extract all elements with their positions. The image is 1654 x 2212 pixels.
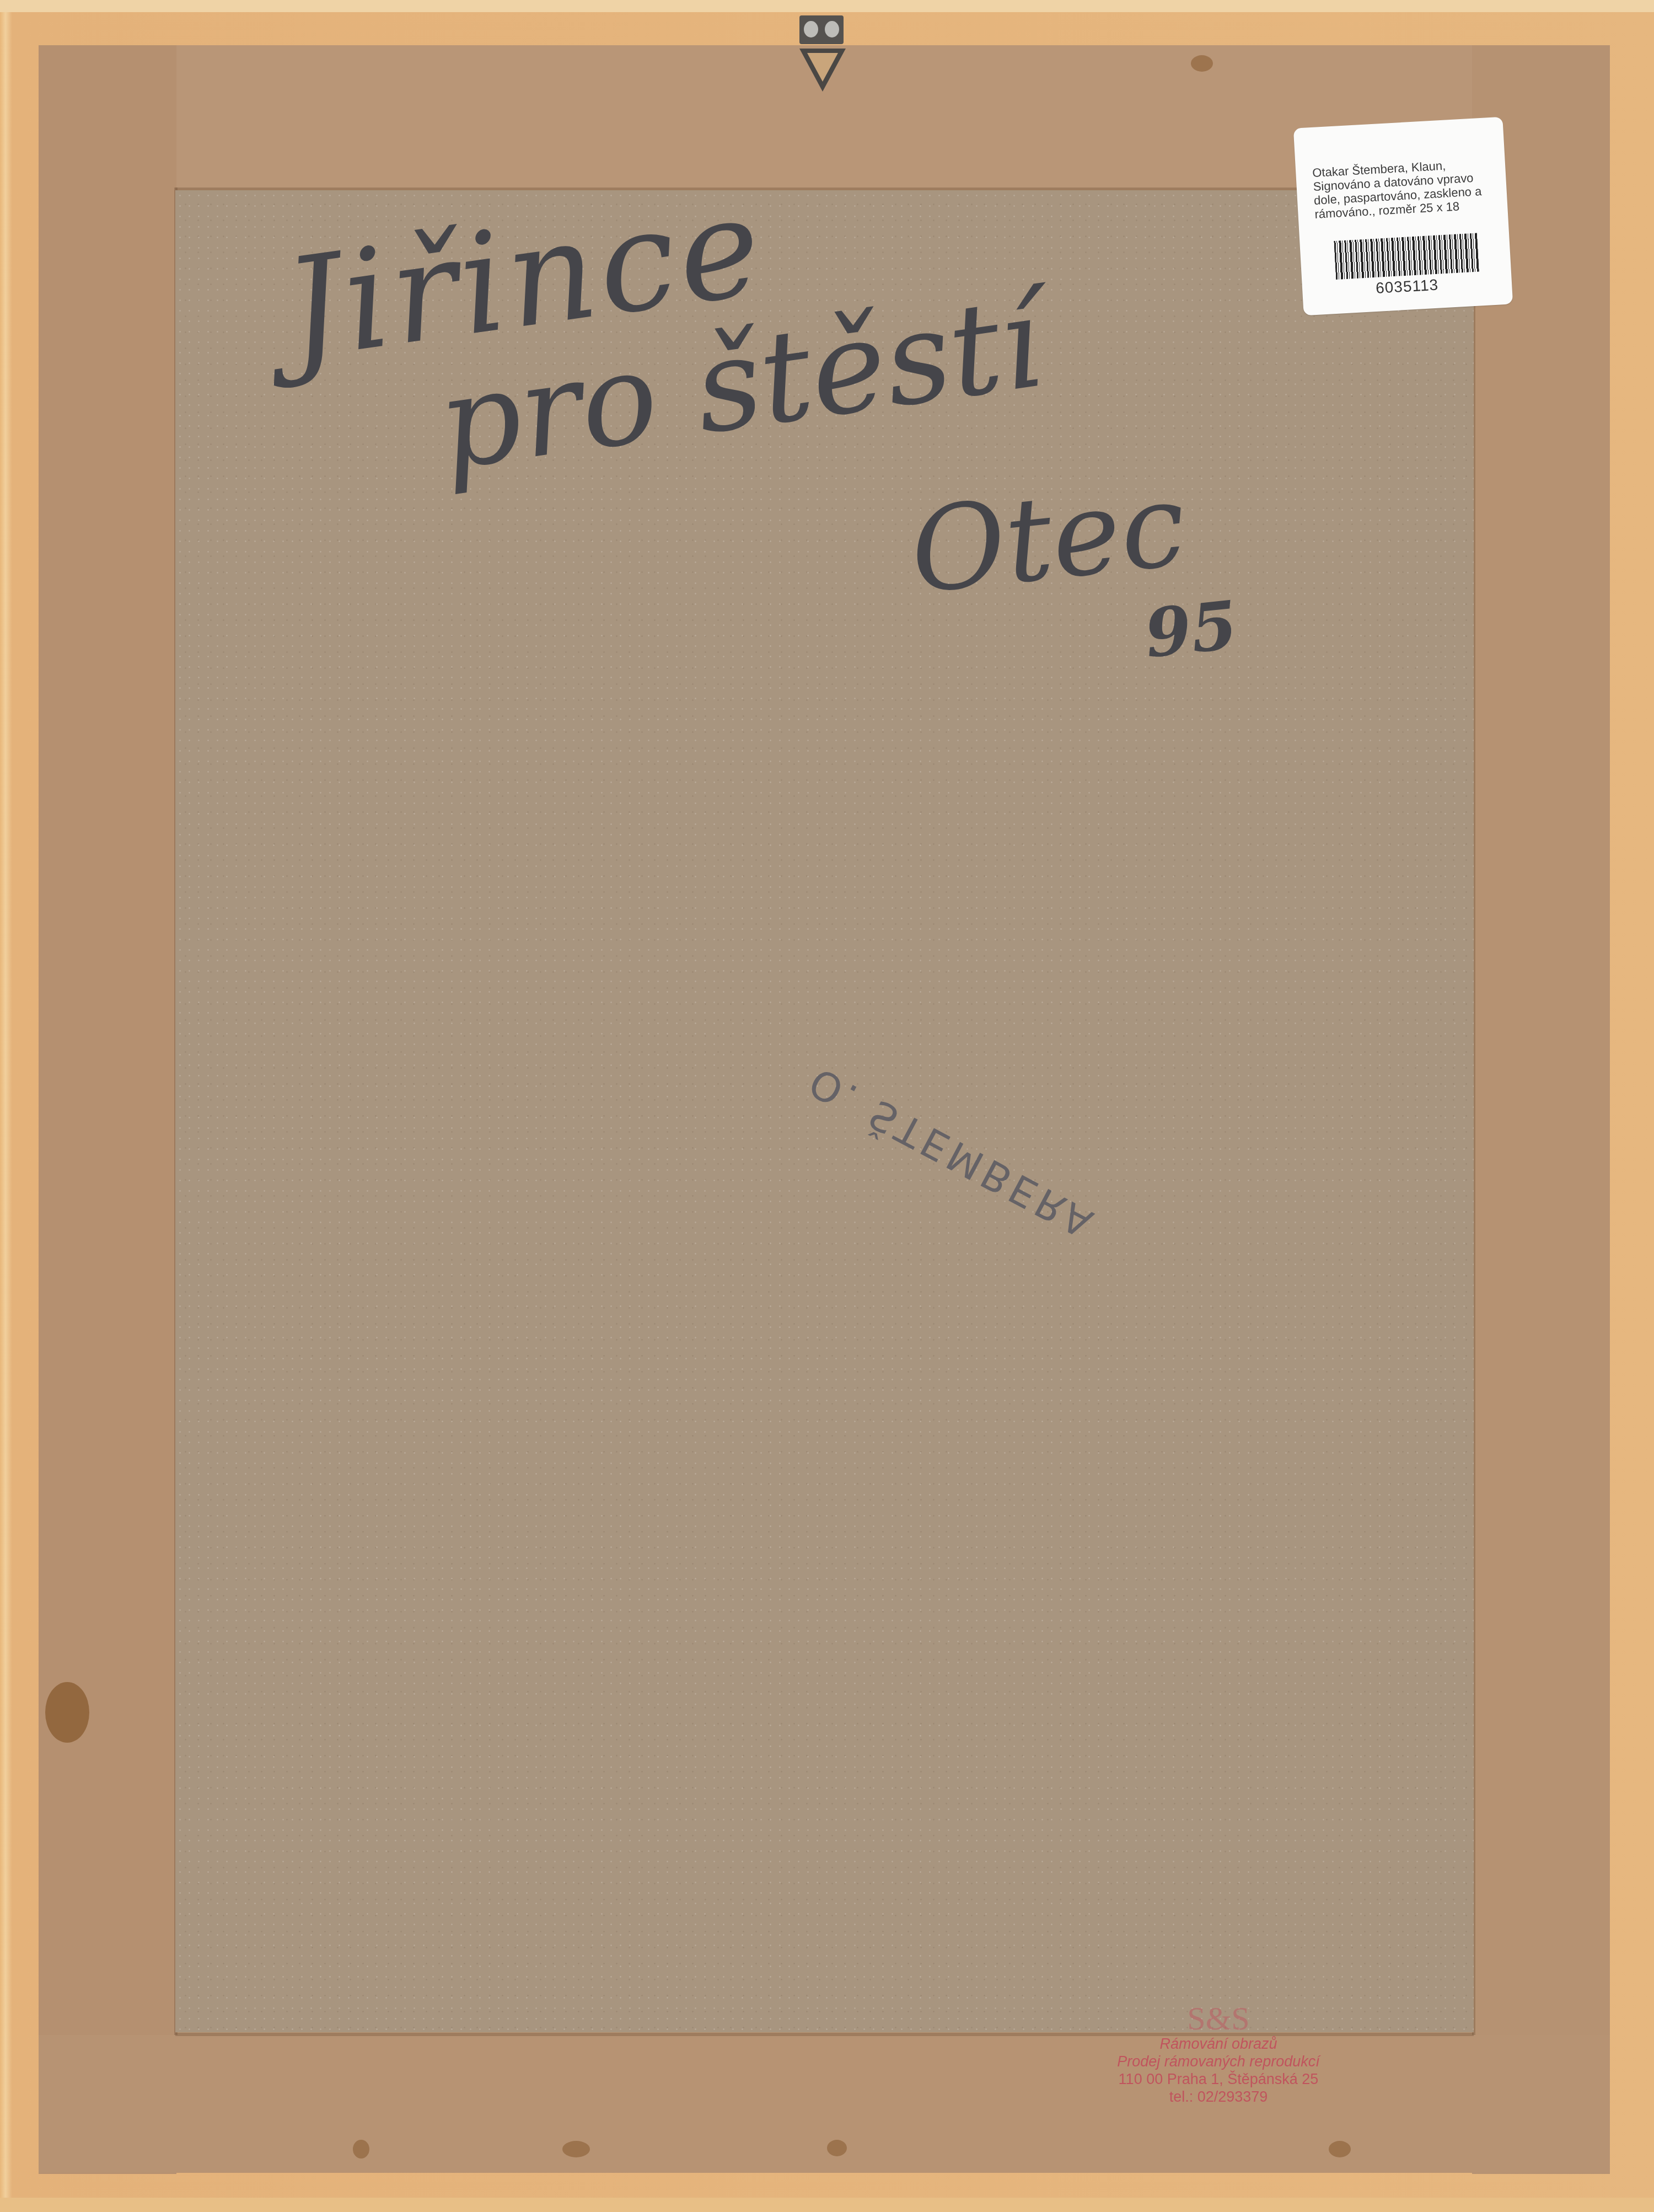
barcode-number: 6035113 [1302,272,1512,301]
stain-spot [45,1682,89,1743]
tape-strip-left [39,45,176,2174]
tape-strip-right [1472,45,1610,2174]
tape-strip-bottom [39,2035,1610,2173]
stain-spot [1191,55,1213,72]
triangle-hanger-icon [799,15,844,93]
stamp-line: Prodej rámovaných reprodukcí [1081,2053,1356,2070]
screw-icon [825,21,839,38]
stamp-line: Rámování obrazů [1081,2035,1356,2053]
stain-spot [353,2140,369,2159]
stain-spot [562,2141,590,2157]
label-text: Otakar Štembera, Klaun, Signováno a dato… [1312,156,1497,221]
stamp-line: 110 00 Praha 1, Štěpánská 25 [1081,2070,1356,2088]
barcode-icon [1334,233,1479,280]
frame-edge-bottom [0,2198,1654,2212]
screw-icon [804,21,818,38]
auction-label: Otakar Štembera, Klaun, Signováno a dato… [1293,117,1513,316]
stamp-line: tel.: 02/293379 [1081,2088,1356,2106]
stamp-logo: S&S [1081,2002,1356,2035]
framer-stamp: S&S Rámování obrazů Prodej rámovaných re… [1081,2002,1356,2106]
frame-edge-top [0,0,1654,12]
stain-spot [827,2140,847,2156]
inscription-year: 95 [1141,586,1241,673]
stain-spot [1329,2141,1351,2157]
hanger-ring-hole [807,53,838,82]
